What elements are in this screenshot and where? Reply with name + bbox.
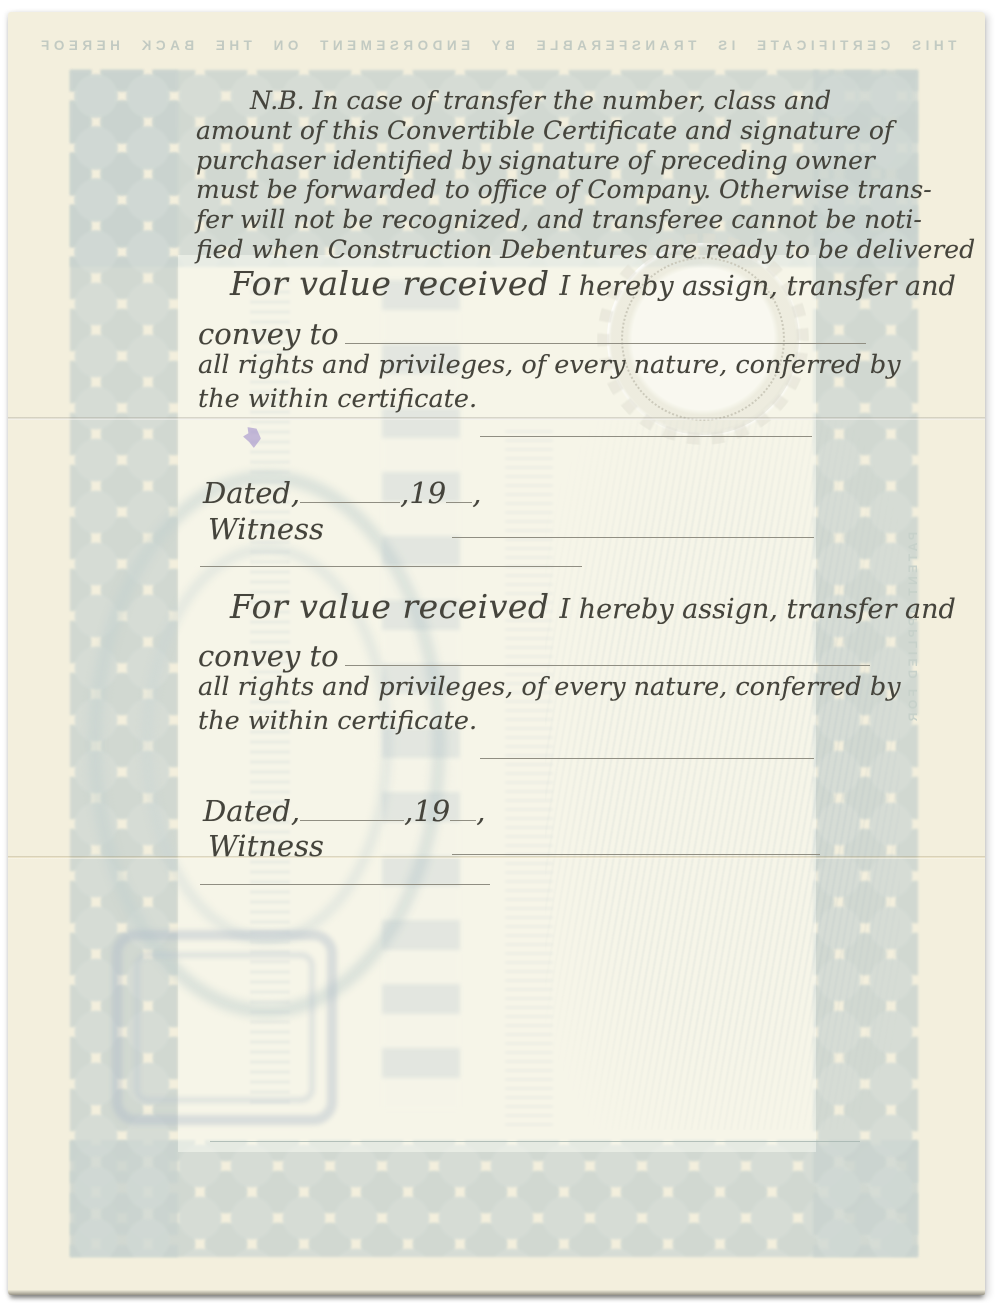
- cartouche-showthrough: [112, 930, 337, 1125]
- heading-script: For value received: [230, 264, 550, 303]
- notice-line: amount of this Convertible Certificate a…: [196, 116, 975, 146]
- notice-line: fied when Construction Debentures are re…: [196, 235, 975, 265]
- ornamental-border-bottom: [70, 1140, 918, 1257]
- convey-label: convey to: [198, 639, 339, 673]
- dated-label: Dated,: [203, 476, 300, 510]
- patent-notice-mirrored-text: PATENT APPLIED FOR: [906, 532, 920, 762]
- certificate-line-2: the within certificate.: [198, 706, 477, 736]
- convey-fill-line: [345, 665, 870, 666]
- heading-rest: I hereby assign, transfer and: [560, 271, 956, 302]
- witness-signature-line-2: [452, 854, 820, 855]
- scan-background: THIS CERTIFICATE IS TRANSFERABLE BY ENDO…: [0, 0, 1000, 1313]
- certificate-paper: THIS CERTIFICATE IS TRANSFERABLE BY ENDO…: [8, 12, 985, 1295]
- signature-line-2: [480, 758, 814, 759]
- paper-bottom-edge: [8, 1290, 985, 1295]
- value-received-heading-1: For value received I hereby assign, tran…: [230, 264, 956, 303]
- year-fill-line: [450, 820, 476, 821]
- dated-fill-line: [300, 820, 404, 821]
- transfer-notice-mirrored-text: THIS CERTIFICATE IS TRANSFERABLE BY ENDO…: [8, 38, 985, 53]
- signature-line-1: [480, 436, 812, 437]
- witness-underline-1: [200, 566, 582, 567]
- rights-line-1: all rights and privileges, of every natu…: [198, 350, 901, 380]
- handwriting-showthrough: [545, 420, 900, 1130]
- year-label: ,19: [404, 794, 450, 828]
- fold-crease-lower: [8, 856, 985, 859]
- value-received-heading-2: For value received I hereby assign, tran…: [230, 587, 956, 626]
- notice-paragraph: N.B. In case of transfer the number, cla…: [196, 86, 975, 265]
- year-label: ,19: [400, 476, 446, 510]
- dated-label: Dated,: [203, 794, 300, 828]
- trailing-comma: ,: [476, 794, 485, 828]
- witness-underline-2: [200, 884, 490, 885]
- year-fill-line: [446, 502, 472, 503]
- notice-line: purchaser identified by signature of pre…: [196, 146, 975, 176]
- notice-line: must be forwarded to office of Company. …: [196, 175, 975, 205]
- trailing-comma: ,: [472, 476, 481, 510]
- rights-line-2: all rights and privileges, of every natu…: [198, 672, 901, 702]
- dated-row-1: Dated, ,19 ,: [203, 476, 481, 510]
- convey-row-2: convey to: [198, 639, 870, 673]
- convey-label: convey to: [198, 317, 339, 351]
- witness-label-2: Witness: [208, 829, 324, 863]
- fold-crease-upper: [8, 417, 985, 420]
- certificate-line-1: the within certificate.: [198, 384, 477, 414]
- dated-row-2: Dated, ,19 ,: [203, 794, 485, 828]
- paper-surface: THIS CERTIFICATE IS TRANSFERABLE BY ENDO…: [8, 12, 985, 1295]
- border-inner-bottom-line: [210, 1141, 860, 1142]
- notice-line: fer will not be recognized, and transfer…: [196, 205, 975, 235]
- heading-rest: I hereby assign, transfer and: [560, 594, 956, 625]
- witness-signature-line-1: [452, 537, 814, 538]
- convey-fill-line: [345, 343, 866, 344]
- dated-fill-line: [300, 502, 400, 503]
- notice-line: N.B. In case of transfer the number, cla…: [196, 86, 975, 116]
- witness-label-1: Witness: [208, 512, 324, 546]
- convey-row-1: convey to: [198, 317, 866, 351]
- heading-script: For value received: [230, 587, 550, 626]
